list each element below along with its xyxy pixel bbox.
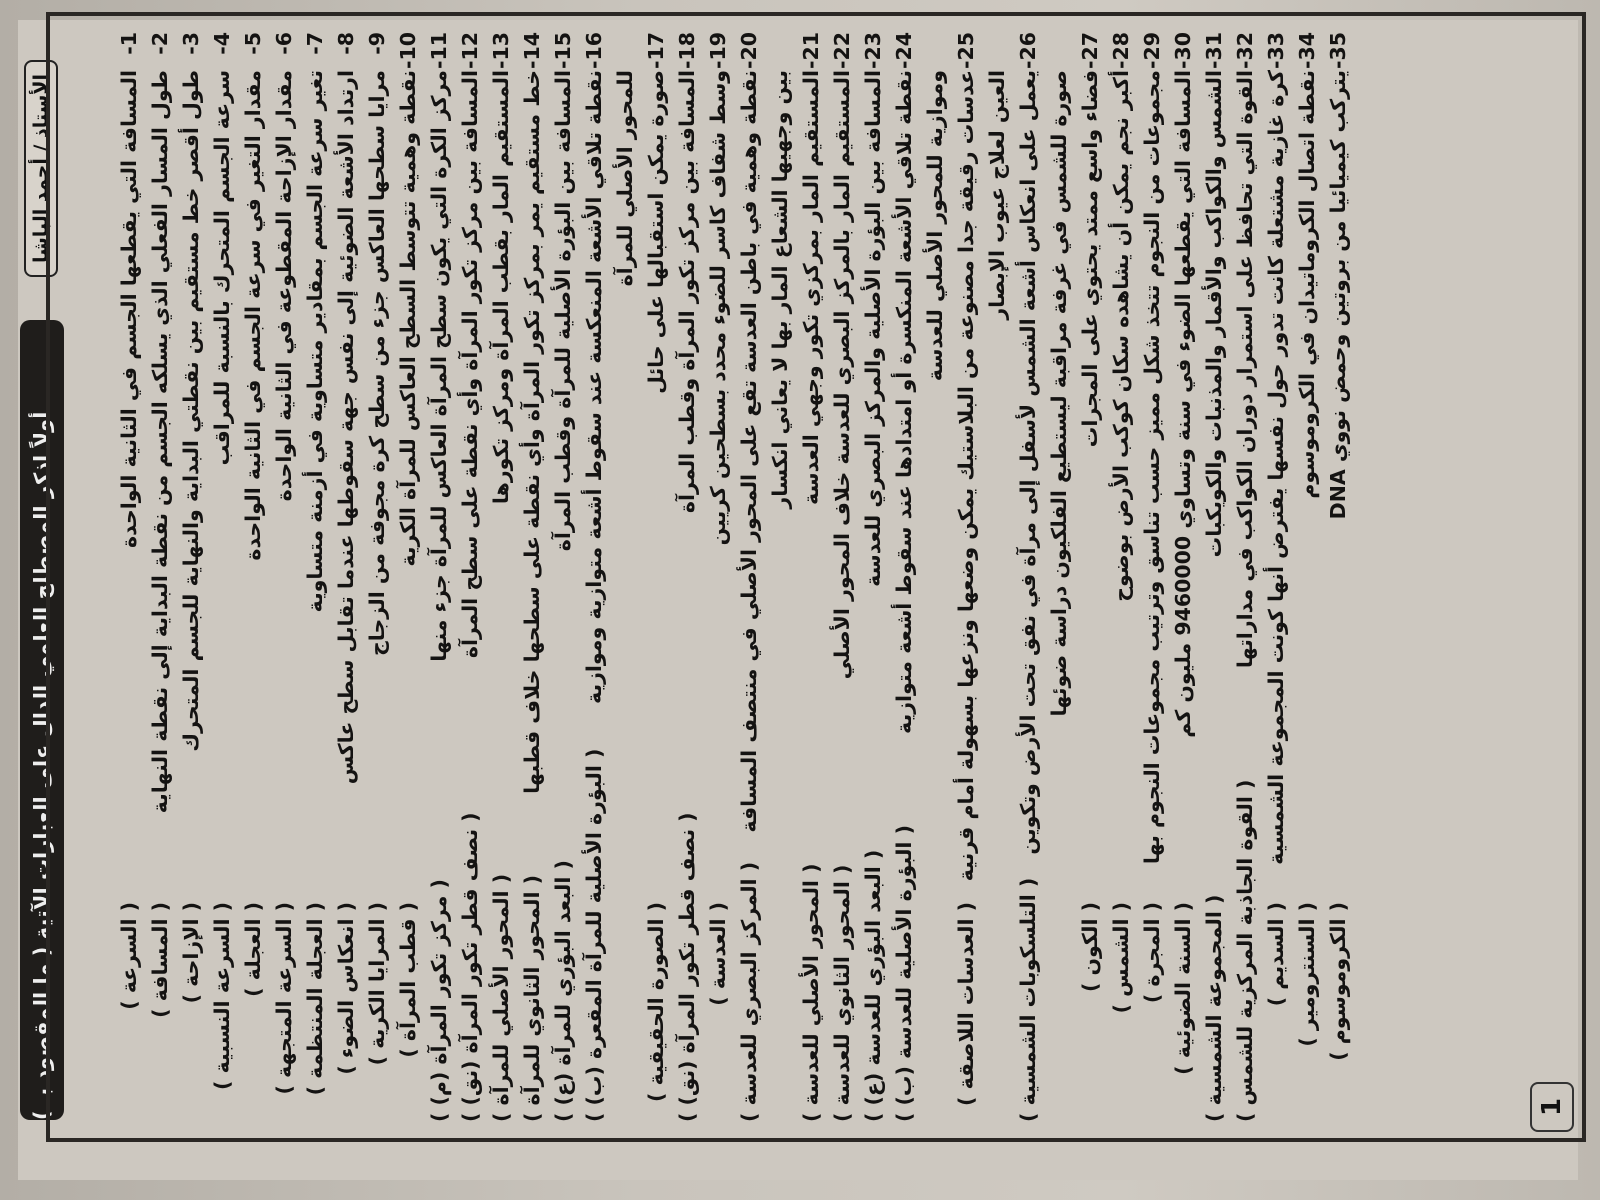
item-statement: ارتداد الأشعة الضوئية إلى نفس جهة سقوطها… bbox=[331, 70, 362, 892]
list-item: 17-صورة يمكن استقبالها على حائل( الصورة … bbox=[641, 32, 672, 1122]
list-item: 9-مرايا سطحها العاكس جزء من سطح كرة مجوف… bbox=[362, 32, 393, 1122]
page-number: 1 bbox=[1530, 1082, 1574, 1132]
list-item: 13-المستقيم المار بقطب المرآة ومركز تكور… bbox=[486, 32, 517, 1122]
item-number: 4- bbox=[207, 32, 238, 70]
item-statement: المسافة بين مركز تكور المرآة وأي نقطة عل… bbox=[455, 70, 486, 802]
item-statement: تغير سرعة الجسم بمقادير متساوية في أزمنة… bbox=[300, 70, 331, 892]
item-number: 14- bbox=[517, 32, 548, 70]
item-statement: مقدار الإزاحة المقطوعة في الثانية الواحد… bbox=[269, 70, 300, 892]
item-answer: ( الشمس ) bbox=[1106, 902, 1137, 1122]
item-answer: ( العدسات اللاصقة ) bbox=[951, 902, 982, 1122]
item-statement: سرعة الجسم المتحرك بالنسبة للمراقب bbox=[207, 70, 238, 892]
item-statement: المستقيم المار بقطب المرآة ومركز تكورها bbox=[486, 70, 517, 864]
item-answer: ( البؤرة الأصلية للعدسة (ب) ) bbox=[889, 825, 920, 1122]
paper-sheet: الأستاذ / أحمد الباشا أولاً اذكر المصطلح… bbox=[18, 20, 1578, 1180]
item-number: 5- bbox=[238, 32, 269, 70]
list-item: 33-كرة غازية مشتعلة كانت تدور حول نفسها … bbox=[1261, 32, 1292, 1122]
item-number: 32- bbox=[1230, 32, 1261, 70]
item-statement: يتركب كيميائيا من بروتين وحمض نووي DNA bbox=[1323, 70, 1354, 892]
item-statement: طول المسار الفعلي الذي يسلكه الجسم من نق… bbox=[145, 70, 176, 892]
item-number: 20- bbox=[734, 32, 765, 70]
item-statement: مجموعات من النجوم تتخذ شكل مميز حسب تناس… bbox=[1137, 70, 1168, 892]
item-answer: ( المجموعة الشمسية ) bbox=[1199, 895, 1230, 1122]
item-answer: ( المحور الأصلي للعدسة ) bbox=[796, 864, 827, 1122]
item-answer: ( السرعة النسبية ) bbox=[207, 902, 238, 1122]
item-answer: ( العدسة ) bbox=[703, 902, 734, 1122]
item-answer: ( السنترومير ) bbox=[1292, 902, 1323, 1122]
item-answer: ( نصف قطر تكور المرآة (نق) ) bbox=[455, 812, 486, 1122]
item-number: 3- bbox=[176, 32, 207, 70]
list-item: 2-طول المسار الفعلي الذي يسلكه الجسم من … bbox=[145, 32, 176, 1122]
item-answer: ( المحور الأصلي للمرآة ) bbox=[486, 874, 517, 1122]
item-statement: المسافة التي يقطعها الجسم في الثانية الو… bbox=[114, 70, 145, 892]
item-answer: ( الكروموسوم ) bbox=[1323, 902, 1354, 1122]
list-item: 15-المسافة بين البؤرة الأصلية للمرآة وقط… bbox=[548, 32, 579, 1122]
item-answer: ( البعد البؤري للمرآة (ع) ) bbox=[548, 860, 579, 1122]
item-statement: يعمل على انعكاس أشعة الشمس لأسفل إلى مرآ… bbox=[1013, 70, 1075, 868]
item-number: 7- bbox=[300, 32, 331, 70]
item-number: 17- bbox=[641, 32, 672, 70]
list-item: 1-المسافة التي يقطعها الجسم في الثانية ا… bbox=[114, 32, 145, 1122]
item-answer: ( العجلة ) bbox=[238, 902, 269, 1122]
item-statement: المسافة بين مركز تكور المرآة وقطب المرآة bbox=[672, 70, 703, 802]
item-answer: ( العجلة المنتظمة ) bbox=[300, 902, 331, 1122]
item-statement: المسافة بين البؤرة الأصلية للمرآة وقطب ا… bbox=[548, 70, 579, 850]
item-answer: ( الإزاحة ) bbox=[176, 902, 207, 1122]
item-number: 19- bbox=[703, 32, 734, 70]
item-number: 1- bbox=[114, 32, 145, 70]
item-number: 12- bbox=[455, 32, 486, 70]
list-item: 4-سرعة الجسم المتحرك بالنسبة للمراقب( ال… bbox=[207, 32, 238, 1122]
list-item: 16-نقطة تلاقي الأشعة المنعكسة عند سقوط أ… bbox=[579, 32, 641, 1122]
item-answer: ( المجرة ) bbox=[1137, 902, 1168, 1122]
item-number: 10- bbox=[393, 32, 424, 70]
item-answer: ( البؤرة الأصلية للمرآة المقعرة (ب) ) bbox=[579, 749, 610, 1122]
item-number: 29- bbox=[1137, 32, 1168, 70]
item-statement: خط مستقيم يمر بمركز تكور المرآة وأي نقطة… bbox=[517, 70, 548, 865]
item-statement: نقطة اتصال الكروماتيدان في الكروموسوم bbox=[1292, 70, 1323, 892]
item-statement: مرايا سطحها العاكس جزء من سطح كرة مجوفة … bbox=[362, 70, 393, 892]
list-item: 3-طول أقصر خط مستقيم بين نقطتي البداية و… bbox=[176, 32, 207, 1122]
item-answer: ( الكون ) bbox=[1075, 902, 1106, 1122]
item-answer: ( المسافة ) bbox=[145, 902, 176, 1122]
item-statement: صورة يمكن استقبالها على حائل bbox=[641, 70, 672, 892]
item-statement: نقطة تلاقي الأشعة المنكسرة أو امتدادها ع… bbox=[889, 70, 951, 815]
item-number: 35- bbox=[1323, 32, 1354, 70]
list-item: 25-عدسات رقيقة جدا مصنوعة من البلاستيك ي… bbox=[951, 32, 1013, 1122]
list-item: 27-فضاء واسع ممتد يحتوي على المجرات( الك… bbox=[1075, 32, 1106, 1122]
item-statement: القوة التي تحافظ على استمرار دوران الكوا… bbox=[1230, 70, 1261, 770]
item-answer: ( مركز تكور المرآة (م) ) bbox=[424, 879, 455, 1122]
item-answer: ( نصف قطر تكور المرآة (نق) ) bbox=[672, 812, 703, 1122]
worksheet-page: الأستاذ / أحمد الباشا أولاً اذكر المصطلح… bbox=[0, 0, 1600, 1200]
list-item: 10-نقطة وهمية تتوسط السطح العاكس للمرآة … bbox=[393, 32, 424, 1122]
question-list: 1-المسافة التي يقطعها الجسم في الثانية ا… bbox=[114, 32, 1354, 1122]
item-number: 31- bbox=[1199, 32, 1230, 70]
list-item: 22-المستقيم المار بالمركز البصري للعدسة … bbox=[827, 32, 858, 1122]
item-statement: مقدار التغير في سرعة الجسم في الثانية ال… bbox=[238, 70, 269, 892]
item-answer: ( التلسكوبات الشمسية ) bbox=[1013, 878, 1044, 1122]
item-number: 27- bbox=[1075, 32, 1106, 70]
item-number: 6- bbox=[269, 32, 300, 70]
item-answer: ( المرايا الكرية ) bbox=[362, 902, 393, 1122]
item-answer: ( المحور الثانوي للعدسة ) bbox=[827, 865, 858, 1122]
item-number: 15- bbox=[548, 32, 579, 70]
content-frame: 1-المسافة التي يقطعها الجسم في الثانية ا… bbox=[46, 12, 1586, 1142]
list-item: 12-المسافة بين مركز تكور المرآة وأي نقطة… bbox=[455, 32, 486, 1122]
list-item: 26-يعمل على انعكاس أشعة الشمس لأسفل إلى … bbox=[1013, 32, 1075, 1122]
item-statement: طول أقصر خط مستقيم بين نقطتي البداية وال… bbox=[176, 70, 207, 892]
item-number: 33- bbox=[1261, 32, 1292, 70]
item-statement: المسافة بين البؤرة الأصلية والمركز البصر… bbox=[858, 70, 889, 840]
item-number: 28- bbox=[1106, 32, 1137, 70]
item-number: 16- bbox=[579, 32, 610, 70]
list-item: 5-مقدار التغير في سرعة الجسم في الثانية … bbox=[238, 32, 269, 1122]
list-item: 8-ارتداد الأشعة الضوئية إلى نفس جهة سقوط… bbox=[331, 32, 362, 1122]
item-number: 24- bbox=[889, 32, 920, 70]
item-answer: ( السنة الضوئية ) bbox=[1168, 902, 1199, 1122]
item-statement: نقطة وهمية في باطن العدسة تقع على المحور… bbox=[734, 70, 796, 852]
item-answer: ( البعد البؤري للعدسة (ع) ) bbox=[858, 850, 889, 1122]
item-number: 30- bbox=[1168, 32, 1199, 70]
list-item: 18-المسافة بين مركز تكور المرآة وقطب الم… bbox=[672, 32, 703, 1122]
list-item: 29-مجموعات من النجوم تتخذ شكل مميز حسب ت… bbox=[1137, 32, 1168, 1122]
item-statement: فضاء واسع ممتد يحتوي على المجرات bbox=[1075, 70, 1106, 892]
item-answer: ( القوة الجاذبة المركزية للشمس ) bbox=[1230, 780, 1261, 1122]
list-item: 6-مقدار الإزاحة المقطوعة في الثانية الوا… bbox=[269, 32, 300, 1122]
item-statement: أكبر نجم يمكن أن يشاهده سكان كوكب الأرض … bbox=[1106, 70, 1137, 892]
list-item: 21-المستقيم المار بمركزي تكور وجهي العدس… bbox=[796, 32, 827, 1122]
item-answer: ( السديم ) bbox=[1261, 902, 1292, 1122]
item-answer: ( قطب المرآة ) bbox=[393, 902, 424, 1122]
item-statement: الشمس والكواكب والأقمار والمذنبات والكوي… bbox=[1199, 70, 1230, 885]
item-number: 11- bbox=[424, 32, 455, 70]
item-statement: نقطة تلاقي الأشعة المنعكسة عند سقوط أشعة… bbox=[579, 70, 641, 739]
list-item: 19-وسط شفاف كاسر للضوء محدد بسطحين كريين… bbox=[703, 32, 734, 1122]
list-item: 20-نقطة وهمية في باطن العدسة تقع على الم… bbox=[734, 32, 796, 1122]
list-item: 14-خط مستقيم يمر بمركز تكور المرآة وأي ن… bbox=[517, 32, 548, 1122]
item-answer: ( المحور الثانوي للمرآة ) bbox=[517, 875, 548, 1122]
item-number: 21- bbox=[796, 32, 827, 70]
list-item: 30-المسافة التي يقطعها الضوء في سنة وتسا… bbox=[1168, 32, 1199, 1122]
item-statement: المستقيم المار بالمركز البصري للعدسة خلا… bbox=[827, 70, 858, 855]
item-statement: كرة غازية مشتعلة كانت تدور حول نفسها يفت… bbox=[1261, 70, 1292, 892]
item-number: 18- bbox=[672, 32, 703, 70]
item-answer: ( السرعة المتجهة ) bbox=[269, 902, 300, 1122]
item-number: 34- bbox=[1292, 32, 1323, 70]
item-answer: ( المركز البصري للعدسة ) bbox=[734, 862, 765, 1122]
item-answer: ( السرعة ) bbox=[114, 902, 145, 1122]
item-statement: مركز الكرة التي يكون سطح المرآة العاكس ل… bbox=[424, 70, 455, 869]
item-statement: عدسات رقيقة جدا مصنوعة من البلاستيك يمكن… bbox=[951, 70, 1013, 892]
item-number: 9- bbox=[362, 32, 393, 70]
item-statement: نقطة وهمية تتوسط السطح العاكس للمرآة الك… bbox=[393, 70, 424, 892]
list-item: 23-المسافة بين البؤرة الأصلية والمركز ال… bbox=[858, 32, 889, 1122]
item-number: 26- bbox=[1013, 32, 1044, 70]
item-number: 8- bbox=[331, 32, 362, 70]
list-item: 35-يتركب كيميائيا من بروتين وحمض نووي DN… bbox=[1323, 32, 1354, 1122]
list-item: 7-تغير سرعة الجسم بمقادير متساوية في أزم… bbox=[300, 32, 331, 1122]
item-number: 23- bbox=[858, 32, 889, 70]
item-answer: ( الصورة الحقيقية ) bbox=[641, 902, 672, 1122]
item-answer: ( انعكاس الضوء ) bbox=[331, 902, 362, 1122]
item-number: 13- bbox=[486, 32, 517, 70]
list-item: 24-نقطة تلاقي الأشعة المنكسرة أو امتداده… bbox=[889, 32, 951, 1122]
item-number: 22- bbox=[827, 32, 858, 70]
list-item: 32-القوة التي تحافظ على استمرار دوران ال… bbox=[1230, 32, 1261, 1122]
list-item: 28-أكبر نجم يمكن أن يشاهده سكان كوكب الأ… bbox=[1106, 32, 1137, 1122]
item-statement: المسافة التي يقطعها الضوء في سنة وتساوي … bbox=[1168, 70, 1199, 892]
item-statement: وسط شفاف كاسر للضوء محدد بسطحين كريين bbox=[703, 70, 734, 892]
list-item: 34-نقطة اتصال الكروماتيدان في الكروموسوم… bbox=[1292, 32, 1323, 1122]
list-item: 31-الشمس والكواكب والأقمار والمذنبات وال… bbox=[1199, 32, 1230, 1122]
item-number: 25- bbox=[951, 32, 982, 70]
item-statement: المستقيم المار بمركزي تكور وجهي العدسة bbox=[796, 70, 827, 854]
item-number: 2- bbox=[145, 32, 176, 70]
list-item: 11-مركز الكرة التي يكون سطح المرآة العاك… bbox=[424, 32, 455, 1122]
